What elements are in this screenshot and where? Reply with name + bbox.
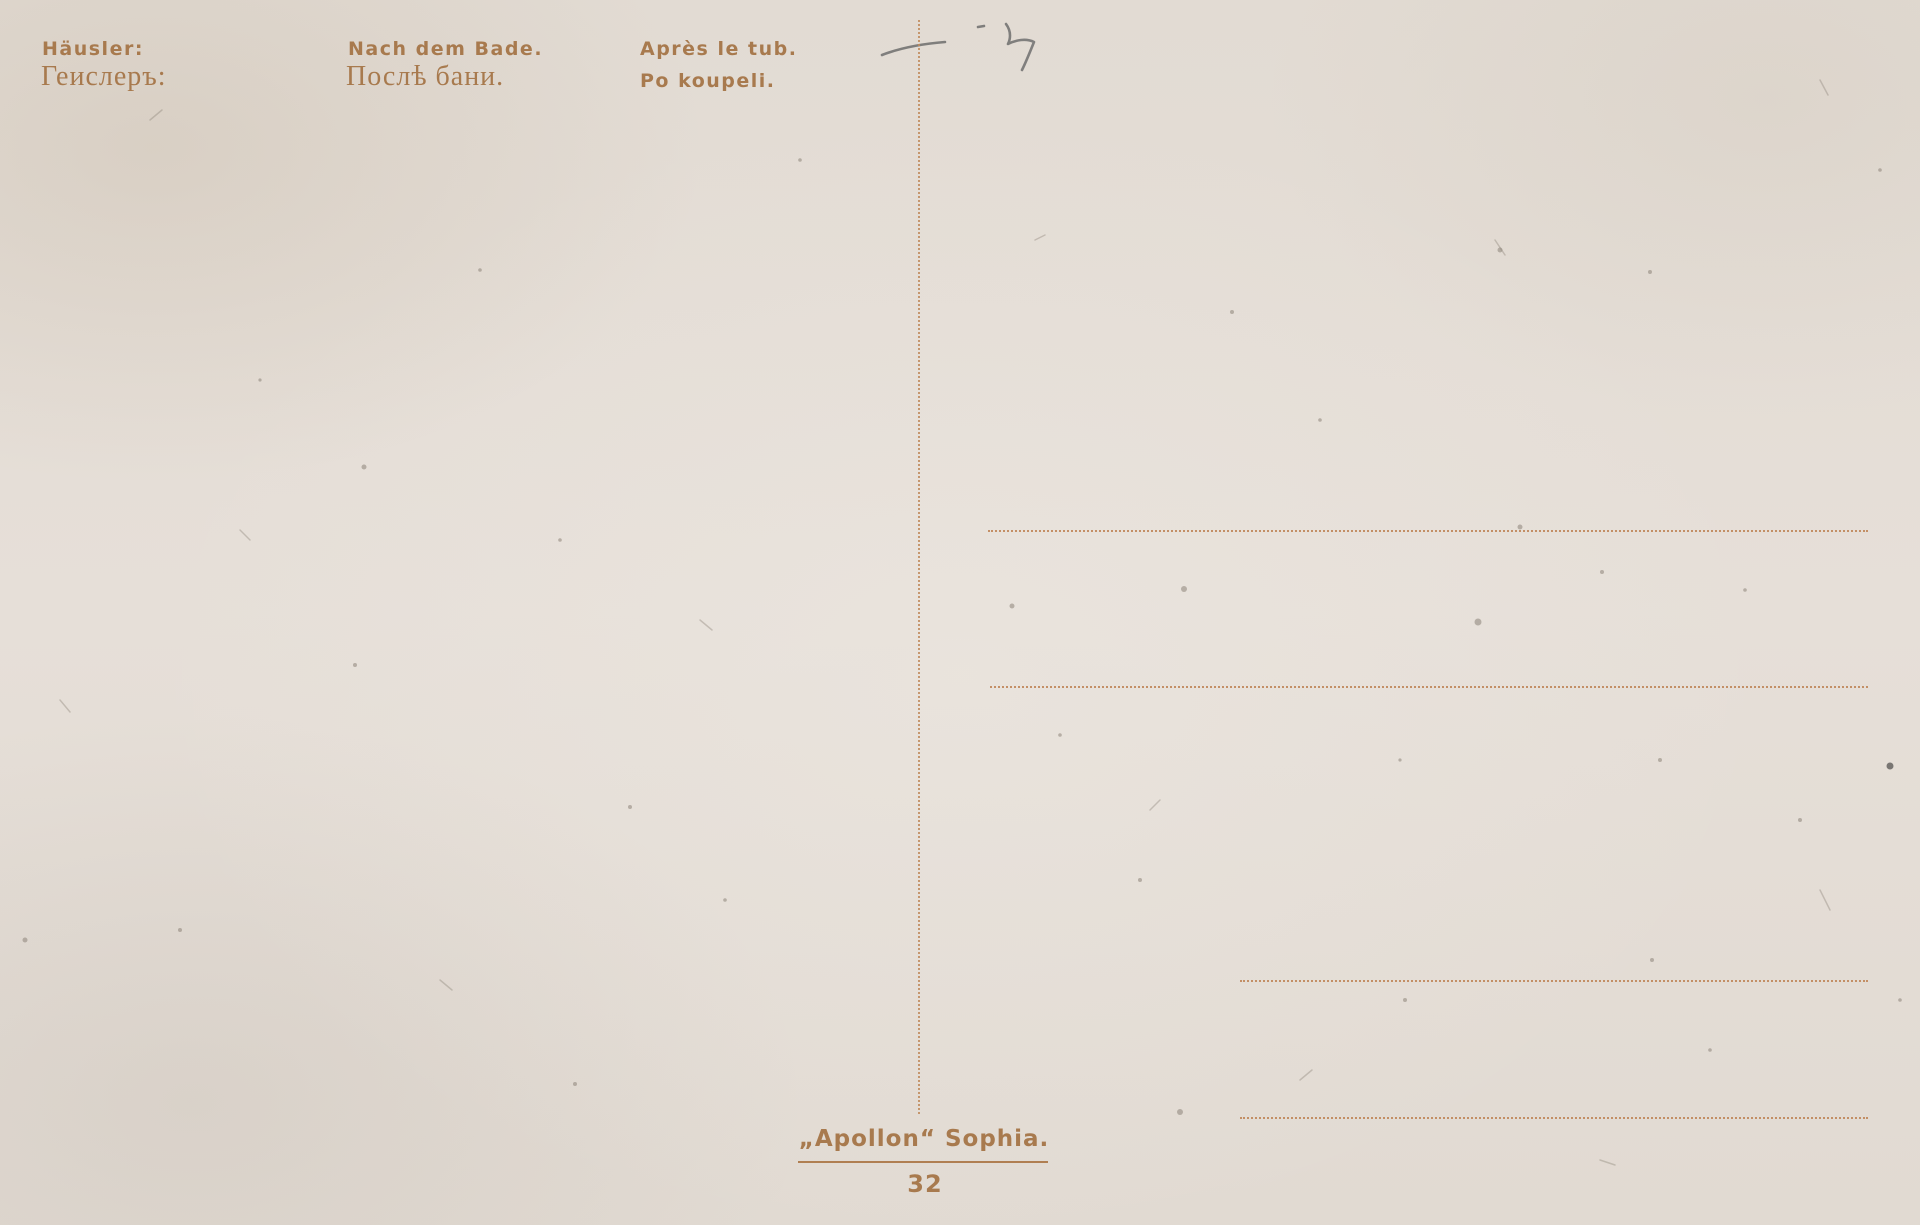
paper-texture (0, 0, 1920, 1225)
publisher-imprint: „Apollon“ Sophia. (798, 1128, 1050, 1151)
address-line (988, 530, 1868, 532)
address-line (990, 686, 1868, 688)
divider-dotted-line (918, 20, 920, 1114)
card-number: 32 (880, 1172, 970, 1196)
title-german: Nach dem Bade. (348, 40, 543, 59)
artist-name-cyrillic: Геислеръ: (41, 63, 167, 91)
postcard-back: Häusler: Геислеръ: Nach dem Bade. Послѣ … (0, 0, 1920, 1225)
title-french: Après le tub. (640, 40, 797, 59)
publisher-underline (798, 1161, 1048, 1163)
title-transliterated: Po koupeli. (640, 72, 776, 91)
address-line (1240, 980, 1868, 982)
handwritten-pencil-mark: – 4 (870, 10, 1050, 90)
address-line (1240, 1117, 1868, 1119)
title-bulgarian: Послѣ бани. (346, 63, 504, 91)
artist-name-latin: Häusler: (42, 40, 144, 59)
